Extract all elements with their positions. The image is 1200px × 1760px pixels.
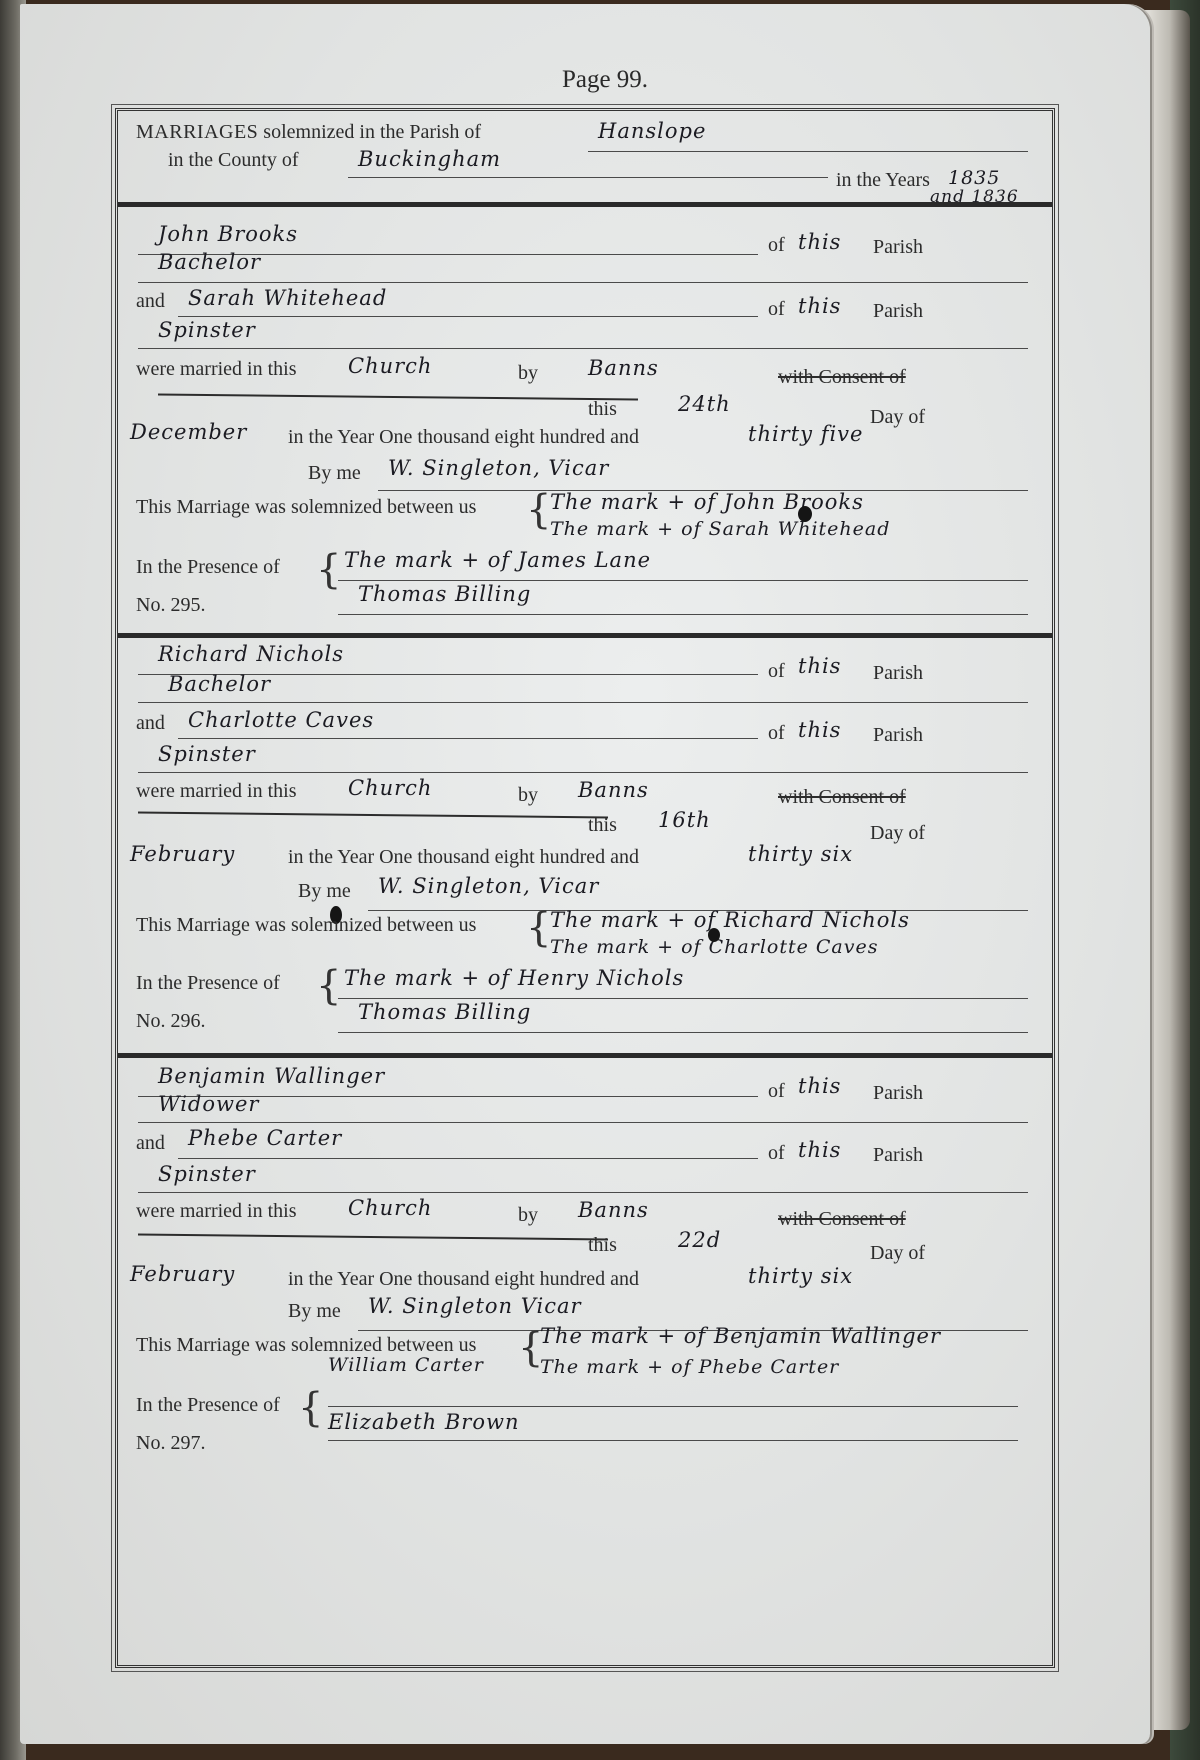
- groom-status: Bachelor: [158, 250, 261, 274]
- bride-status: Spinster: [158, 1162, 256, 1186]
- parish-name: Hanslope: [598, 119, 706, 143]
- bride-status: Spinster: [158, 742, 256, 766]
- county-name: Buckingham: [358, 147, 501, 171]
- entry-number: No. 295.: [136, 594, 205, 617]
- bride-status: Spinster: [158, 318, 256, 342]
- marriage-year-words: thirty five: [748, 422, 863, 446]
- groom-name: Richard Nichols: [158, 642, 344, 666]
- officiant-signature: W. Singleton Vicar: [368, 1294, 582, 1318]
- year-1835: 1835: [948, 167, 1000, 189]
- marriage-year-words: thirty six: [748, 842, 853, 866]
- marriage-month: December: [130, 420, 247, 444]
- ink-blot: [708, 928, 720, 942]
- groom-name: John Brooks: [158, 222, 298, 246]
- marriage-day: 22d: [678, 1228, 721, 1252]
- register-header: MARRIAGES solemnized in the Parish of Ha…: [118, 111, 1052, 207]
- bride-name: Sarah Whitehead: [188, 286, 387, 310]
- signature-bride: The mark + of Sarah Whitehead: [550, 518, 890, 540]
- witness-2: Thomas Billing: [358, 1000, 531, 1024]
- marriage-month: February: [130, 842, 235, 866]
- marriage-place: Church: [348, 354, 432, 378]
- marriage-place: Church: [348, 776, 432, 800]
- year-1836: and 1836: [930, 187, 1019, 207]
- groom-parish: this: [798, 1074, 841, 1098]
- groom-status: Widower: [158, 1092, 259, 1116]
- bride-name: Phebe Carter: [188, 1126, 342, 1150]
- marriage-entry-297: Benjamin Wallinger of this Parish Widowe…: [118, 1053, 1052, 1525]
- ink-blot: [798, 506, 812, 522]
- marriage-month: February: [130, 1262, 235, 1286]
- marriage-day: 16th: [658, 808, 711, 832]
- marriage-method: Banns: [578, 778, 649, 802]
- consent-struck: with Consent of: [778, 786, 906, 809]
- marriage-entry-295: John Brooks of this Parish Bachelor and …: [118, 212, 1052, 684]
- groom-status: Bachelor: [168, 672, 271, 696]
- officiant-signature: W. Singleton, Vicar: [378, 874, 599, 898]
- witness-2: Elizabeth Brown: [328, 1410, 519, 1434]
- bride-name: Charlotte Caves: [188, 708, 374, 732]
- bride-parish: this: [798, 718, 841, 742]
- witness-2: Thomas Billing: [358, 582, 531, 606]
- marriage-method: Banns: [578, 1198, 649, 1222]
- marriage-entry-296: Richard Nichols of this Parish Bachelor …: [118, 633, 1052, 1105]
- header-marriages-label: MARRIAGES solemnized in the Parish of: [136, 121, 481, 144]
- signature-groom: The mark + of Benjamin Wallinger: [540, 1324, 941, 1348]
- marriage-year-words: thirty six: [748, 1264, 853, 1288]
- page-number: Page 99.: [20, 66, 1190, 94]
- bride-parish: this: [798, 294, 841, 318]
- groom-parish: this: [798, 654, 841, 678]
- entry-number: No. 297.: [136, 1432, 205, 1455]
- entry-number: No. 296.: [136, 1010, 205, 1033]
- witness-1: The mark + of Henry Nichols: [344, 966, 684, 990]
- header-county-label: in the County of: [168, 149, 299, 172]
- groom-name: Benjamin Wallinger: [158, 1064, 385, 1088]
- signature-groom: The mark + of John Brooks: [550, 490, 864, 514]
- officiant-signature: W. Singleton, Vicar: [388, 456, 609, 480]
- consent-struck: with Consent of: [778, 366, 906, 389]
- marriage-day: 24th: [678, 392, 731, 416]
- signature-groom: The mark + of Richard Nichols: [550, 908, 910, 932]
- register-page: Page 99. MARRIAGES solemnized in the Par…: [20, 4, 1150, 1744]
- register-frame: MARRIAGES solemnized in the Parish of Ha…: [115, 108, 1055, 1668]
- bride-parish: this: [798, 1138, 841, 1162]
- groom-parish: this: [798, 230, 841, 254]
- marriage-method: Banns: [588, 356, 659, 380]
- header-years-label: in the Years: [836, 169, 930, 192]
- consent-struck: with Consent of: [778, 1208, 906, 1231]
- witness-1: The mark + of James Lane: [344, 548, 651, 572]
- witness-1: William Carter: [328, 1354, 484, 1376]
- signature-bride: The mark + of Phebe Carter: [540, 1356, 839, 1378]
- marriage-place: Church: [348, 1196, 432, 1220]
